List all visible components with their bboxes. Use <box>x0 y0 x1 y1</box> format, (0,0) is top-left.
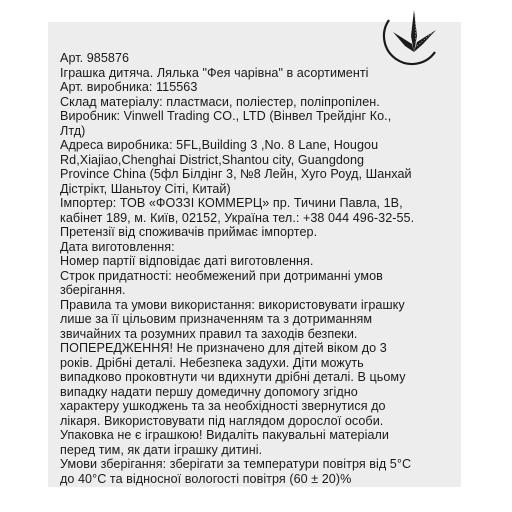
manufacturer-address-line: Province China (5фл Білдінг 3, №8 Лейн, … <box>60 167 460 182</box>
usage-rules-line: лише за її цільовим призначенням та з до… <box>60 312 460 327</box>
claims-line: Претензії від споживачів приймає імпорте… <box>60 225 460 240</box>
warning-line: ПОПЕРЕДЖЕННЯ! Не призначено для дітей ві… <box>60 341 460 356</box>
shelf-life-line: зберігання. <box>60 283 460 298</box>
packaging-warning-line: Упаковка не є іграшкою! Видаліть пакувал… <box>60 428 460 443</box>
usage-rules-line: звичайних та розумних правил та заходів … <box>60 327 460 342</box>
manufacturer-line: Лтд) <box>60 124 460 139</box>
warning-line: випадку надати першу домедичну допомогу … <box>60 385 460 400</box>
manufacture-date: Дата виготовлення: <box>60 240 460 255</box>
warning-line: характеру ушкоджень та за необхідності з… <box>60 399 460 414</box>
usage-rules-line: Правила та умови використання: використо… <box>60 298 460 313</box>
manufacturer-article: Арт. виробника: 115563 <box>60 80 460 95</box>
manufacturer-address-line: Адреса виробника: 5FL,Building 3 ,No. 8 … <box>60 138 460 153</box>
label-text: Арт. 985876 Іграшка дитяча. Лялька "Фея … <box>60 51 460 486</box>
product-name: Іграшка дитяча. Лялька "Фея чарівна" в а… <box>60 66 460 81</box>
material-composition: Склад матеріалу: пластмаси, поліестер, п… <box>60 95 460 110</box>
packaging-warning-line: перед тим, як дати іграшку дитині. <box>60 443 460 458</box>
storage-conditions-line: до 40°C та відносної вологості повітря (… <box>60 472 460 487</box>
warning-line: лікаря. Використовувати під наглядом дор… <box>60 414 460 429</box>
importer-line: кабінет 189, м. Київ, 02152, Україна тел… <box>60 211 460 226</box>
batch-number-note: Номер партії відповідає даті виготовленн… <box>60 254 460 269</box>
article-number: Арт. 985876 <box>60 51 460 66</box>
warning-line: років. Дрібні деталі. Небезпека задухи. … <box>60 356 460 371</box>
manufacturer-address-line: Дістрікт, Шаньтоу Сіті, Китай) <box>60 182 460 197</box>
importer-line: Імпортер: ТОВ «ФОЗЗІ КОММЕРЦ» пр. Тичини… <box>60 196 460 211</box>
shelf-life-line: Строк придатності: необмежений при дотри… <box>60 269 460 284</box>
manufacturer-line: Виробник: Vinwell Trading CO., LTD (Вінв… <box>60 109 460 124</box>
storage-conditions-line: Умови зберігання: зберігати за температу… <box>60 457 460 472</box>
warning-line: випадково проковтнути чи вдихнути дрібні… <box>60 370 460 385</box>
manufacturer-address-line: Rd,Xiajiao,Chenghai District,Shantou cit… <box>60 153 460 168</box>
